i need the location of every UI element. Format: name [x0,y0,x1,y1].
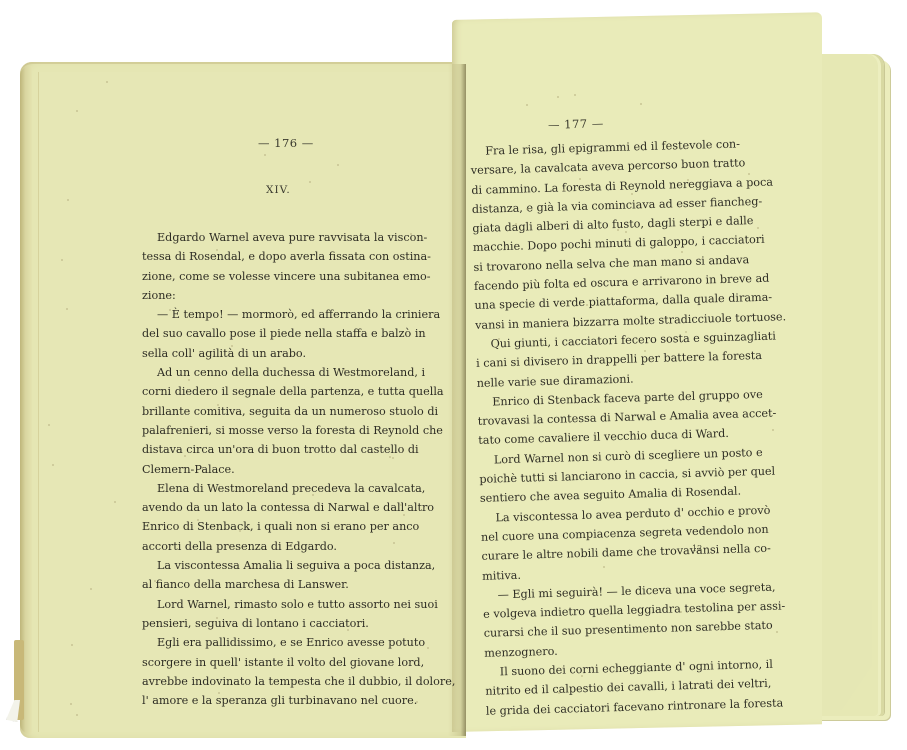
text-line: Clemern-Palace. [142,460,404,479]
text-line: al fianco della marchesa di Lanswer. [142,575,404,594]
text-line: avendo da un lato la contessa di Narwal … [142,498,404,517]
text-line: zione, come se volesse vincere una subit… [142,267,404,286]
text-line: del suo cavallo pose il piede nella staf… [142,324,404,343]
text-line: brillante comitiva, seguita da un numero… [142,402,404,421]
text-line: corni diedero il segnale della partenza,… [142,382,404,401]
text-line: scorgere in quell' istante il volto del … [142,653,404,672]
text-line: Edgardo Warnel aveva pure ravvisata la v… [142,228,404,247]
text-line: Ad un cenno della duchessa di Westmorela… [142,363,404,382]
text-line: tessa di Rosendal, e dopo averla fissata… [142,247,404,266]
text-line: accorti della presenza di Edgardo. [142,537,404,556]
text-line: distava circa un'ora di buon trotto dal … [142,440,404,459]
spine-gutter [448,64,466,736]
printer-signature-mark: 12 [692,544,702,553]
text-line: pensieri, seguiva di lontano i cacciator… [142,614,404,633]
chapter-heading: XIV. [266,184,291,196]
text-line: Lord Warnel, rimasto solo e tutto assort… [142,595,404,614]
open-book: — 176 — XIV. Edgardo Warnel aveva pure r… [0,0,907,750]
text-line: palafrenieri, si mosse verso la foresta … [142,421,404,440]
right-page-number: — 177 — [548,116,604,132]
text-line: Enrico di Stenback, i quali non si erano… [142,517,404,536]
text-line: avrebbe indovinato la tempesta che il du… [142,672,404,691]
text-line: Elena di Westmoreland precedeva la caval… [142,479,404,498]
left-page-number: — 176 — [258,136,314,150]
text-line: Egli era pallidissimo, e se Enrico avess… [142,633,404,652]
text-line: sella coll' agilità di un arabo. [142,344,404,363]
text-line: zione: [142,286,404,305]
right-page-body: Fra le risa, gli epigrammi ed il festevo… [470,135,722,720]
text-line: La viscontessa Amalia li seguiva a poca … [142,556,404,575]
left-page-edge [20,66,32,734]
left-page-body: Edgardo Warnel aveva pure ravvisata la v… [142,228,404,710]
text-line: — È tempo! — mormorò, ed afferrando la c… [142,305,404,324]
text-line: l' amore e la speranza gli turbinavano n… [142,691,404,710]
